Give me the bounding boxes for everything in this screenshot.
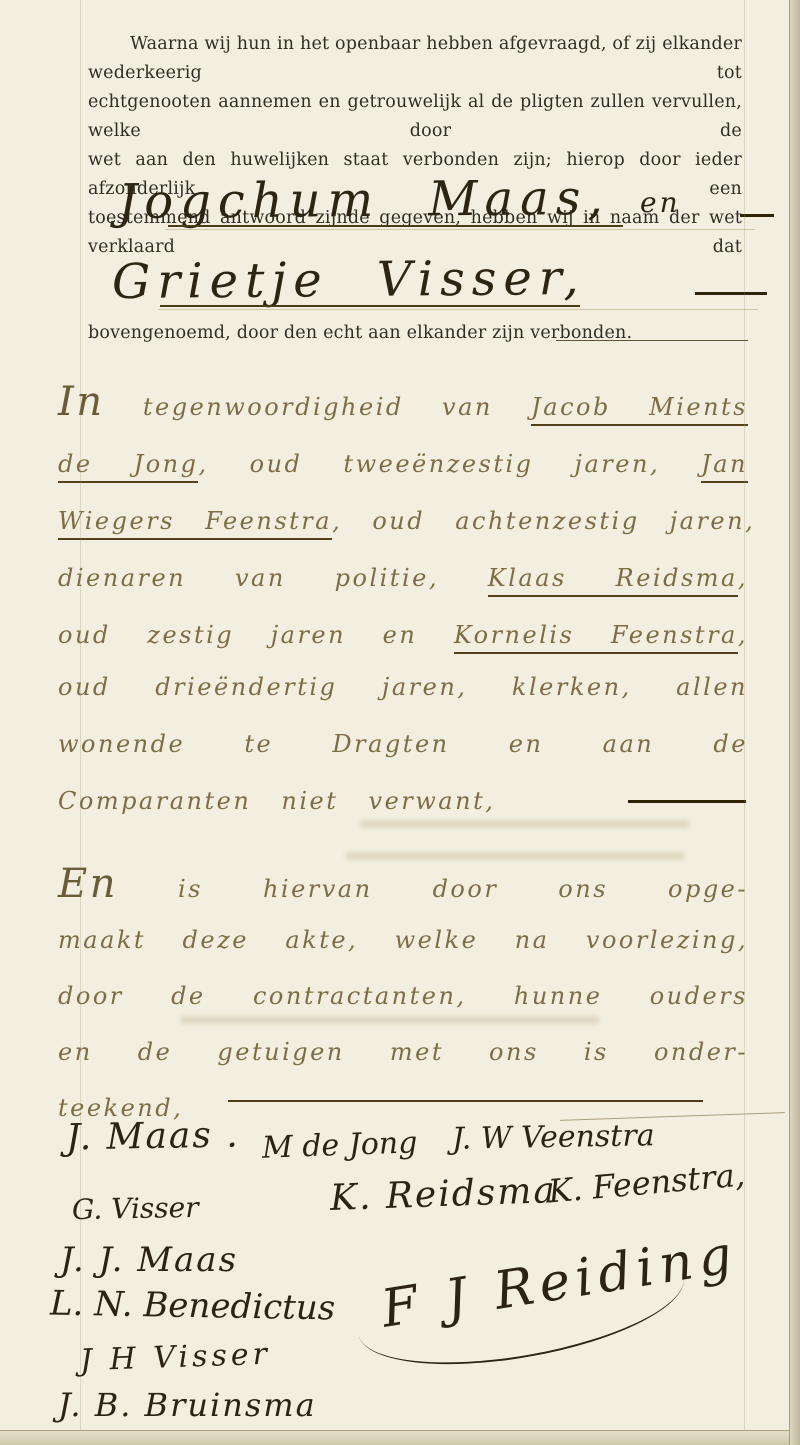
- printed-line: Waarna wij hun in het openbaar hebben af…: [88, 30, 742, 88]
- ink-dash: [695, 292, 767, 295]
- handwritten-line: oud zestig jaren en Kornelis Feenstra,: [58, 602, 748, 659]
- signature-j-h-visser: J H Visser: [79, 1337, 271, 1379]
- signature-j-b-bruinsma: J. B. Bruinsma: [58, 1386, 317, 1424]
- signature-k-reidsma: K. Reidsma: [329, 1170, 557, 1219]
- ink-rule: [556, 340, 748, 341]
- handwritten-line: de Jong, oud tweeënzestig jaren, Jan: [58, 431, 748, 488]
- page-edge-right: [789, 0, 800, 1445]
- signature-l-n-benedictus: L. N. Benedictus: [50, 1284, 336, 1329]
- signature-m-de-jong: M de Jong: [261, 1125, 418, 1165]
- bleed-through-text: [345, 852, 685, 860]
- bleed-through-text: [360, 820, 690, 828]
- handwritten-line: En is hiervan door ons opge-: [58, 856, 748, 912]
- ink-dash: [628, 800, 746, 803]
- closing-paragraph: En is hiervan door ons opge- maakt deze …: [58, 856, 748, 1136]
- guide-line: [158, 309, 758, 310]
- marriage-certificate-page: Waarna wij hun in het openbaar hebben af…: [0, 0, 800, 1445]
- signature-j-j-maas: J. J. Maas: [60, 1240, 238, 1280]
- handwritten-line: Wiegers Feenstra, oud achtenzestig jaren…: [58, 488, 748, 545]
- ink-underline: [160, 305, 580, 307]
- ink-rule: [228, 1100, 703, 1102]
- fold-line-right: [744, 0, 745, 1430]
- handwritten-line: In tegenwoordigheid van Jacob Mients: [58, 374, 748, 431]
- handwritten-line: oud drieëndertig jaren, klerken, allen: [58, 659, 748, 716]
- ink-underline: [168, 225, 623, 227]
- bride-name: Grietje Visser,: [112, 250, 586, 310]
- witness-paragraph: In tegenwoordigheid van Jacob Mients de …: [58, 374, 748, 830]
- bleed-through-text: [180, 1016, 600, 1024]
- ink-dash: [740, 214, 774, 217]
- signature-j-w-veenstra: J. W Veenstra: [452, 1118, 655, 1157]
- groom-name: Jogchum Maas,: [118, 170, 610, 230]
- printed-line: echtgenooten aannemen en getrouwelijk al…: [88, 88, 742, 146]
- handwritten-line: dienaren van politie, Klaas Reidsma,: [58, 545, 748, 602]
- conjunction-text: en: [640, 186, 681, 219]
- signature-k-feenstra: K. Feenstra,: [547, 1155, 747, 1210]
- handwritten-line: wonende te Dragten en aan de: [58, 716, 748, 773]
- guide-line: [165, 229, 755, 230]
- page-edge-bottom: [0, 1430, 789, 1445]
- handwritten-line: en de getuigen met ons is onder-: [58, 1024, 748, 1080]
- fold-line-left: [80, 0, 81, 1430]
- signature-j-maas: J. Maas .: [66, 1114, 240, 1158]
- printed-footer: bovengenoemd, door den echt aan elkander…: [88, 323, 632, 343]
- signature-g-visser: G. Visser: [72, 1191, 199, 1226]
- handwritten-line: maakt deze akte, welke na voorlezing,: [58, 912, 748, 968]
